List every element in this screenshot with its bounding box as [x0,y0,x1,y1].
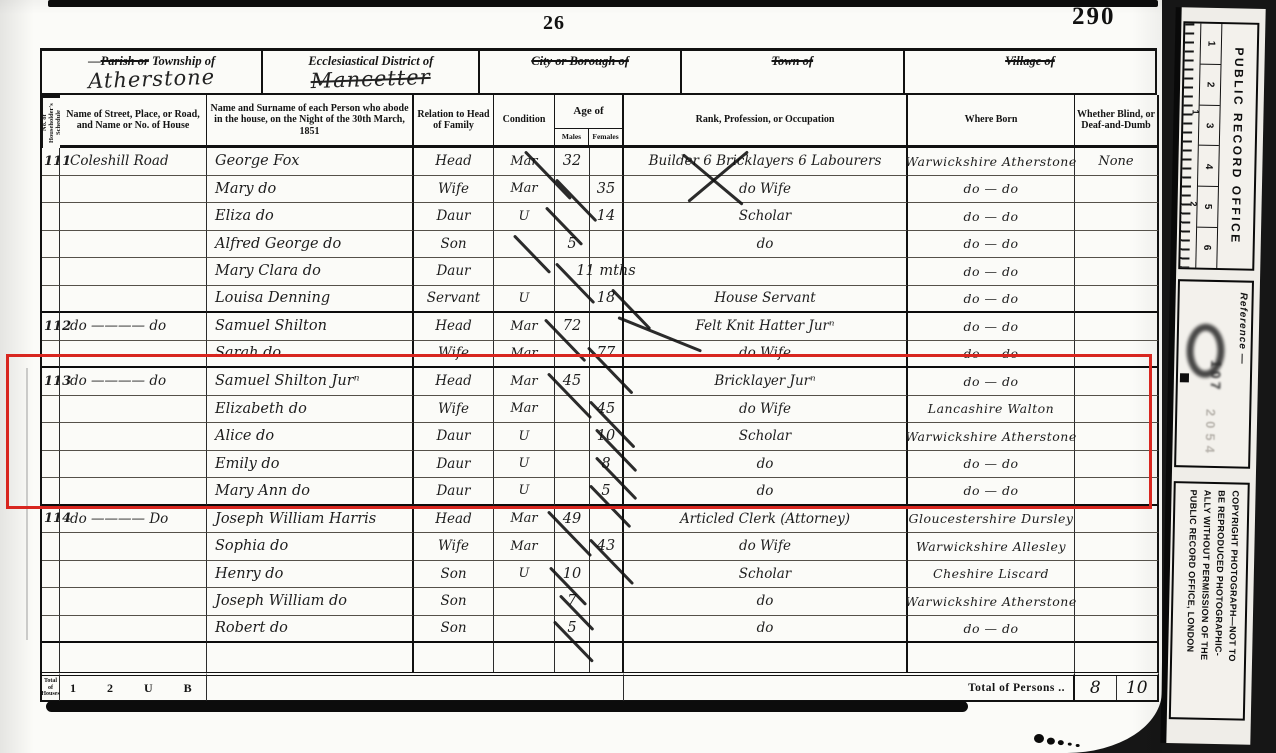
cell-schedule-number [42,258,60,286]
cell-age-male: 10 [555,561,590,589]
scan-edge-top [48,0,1158,7]
cell-person-name: Mary do [207,176,414,204]
cell-where-born: do — do [908,313,1075,341]
cell-schedule-number: 114 [42,506,60,534]
cell-blind-deaf [1075,258,1159,286]
ruler-cm-5: 5 [1197,187,1218,228]
town-label: Town of [682,54,903,69]
reference-stamp-number: 107 [1208,360,1225,393]
cell-where-born: do — do [908,176,1075,204]
cell-occupation: House Servant [624,286,908,314]
cell-where-born: Warwickshire Allesley [908,533,1075,561]
cell-schedule-number [42,203,60,231]
cell-occupation: Scholar [624,203,908,231]
cell-occupation [624,258,908,286]
cell-where-born: do — do [908,203,1075,231]
cell-where-born: Warwickshire Atherstone [908,588,1075,616]
cell-street [60,203,207,231]
cell-age-female [590,148,624,176]
cell-age-female [590,506,624,534]
ruler-box: 1 2 1 2 3 4 5 6 PUBLIC RECORD OFFICE [1178,21,1259,271]
ink-blot [1034,734,1044,744]
cell-relation: Wife [414,533,494,561]
cell-age-male: 49 [555,506,590,534]
ecclesiastical-district-section: Ecclesiastical District of Mancetter [263,51,480,93]
col-header-condition: Condition [494,95,555,148]
city-borough-label: City or Borough of [480,54,679,69]
cell-condition [494,588,555,616]
cell-street [60,176,207,204]
col-header-occupation: Rank, Profession, or Occupation [624,95,908,148]
ruler-inch-2: 2 [1189,201,1199,206]
cell-person-name: Sophia do [207,533,414,561]
total-persons-label: Total of Persons .. [624,672,1075,702]
cell-relation: Son [414,561,494,589]
col-header-name: Name and Surname of each Person who abod… [207,95,414,148]
cell-relation: Head [414,313,494,341]
cell-condition [494,258,555,286]
cell-relation: Son [414,231,494,259]
cell-age-female: 14 [590,203,624,231]
cell-blind-deaf [1075,176,1159,204]
ruler-cm-1: 1 [1201,24,1222,65]
ruler-cm-4: 4 [1198,146,1219,187]
cell-blind-deaf [1075,616,1159,644]
cell-age-female [590,588,624,616]
cell-street: do ———— Do [60,506,207,534]
ruler-inch-1: 1 [1190,109,1200,114]
cell-schedule-number [42,533,60,561]
cell-occupation: do [624,616,908,644]
cell-blind-deaf [1075,561,1159,589]
cell-person-name: Eliza do [207,203,414,231]
cell-occupation: do Wife [624,176,908,204]
cell-age-female [590,231,624,259]
district-header-band: —Parish or Township of Atherstone Eccles… [40,48,1157,95]
cell-occupation: Scholar [624,561,908,589]
cell-blind-deaf [1075,313,1159,341]
cell-relation: Daur [414,258,494,286]
cell-blind-deaf [1075,588,1159,616]
cell-where-born: Warwickshire Atherstone [908,148,1075,176]
cell-person-name: Henry do [207,561,414,589]
cell-street [60,561,207,589]
col-header-schedule: No. of Householder's Schedule [42,95,60,148]
cell-schedule-number [42,176,60,204]
village-section: Village of [905,51,1155,93]
cell-street [60,231,207,259]
cell-relation: Head [414,506,494,534]
col-header-born: Where Born [908,95,1075,148]
cell-blind-deaf: None [1075,148,1159,176]
cell-occupation: do [624,588,908,616]
public-record-office-tag: 1 2 1 2 3 4 5 6 PUBLIC RECORD OFFICE Ref… [1166,7,1265,745]
age-females-label: Females [589,129,622,145]
cell-age-female: 35 [590,176,624,204]
cell-condition [494,616,555,644]
col-header-relation: Relation to Head of Family [414,95,494,148]
cell-person-name: Louisa Denning [207,286,414,314]
cell-blind-deaf [1075,203,1159,231]
cell-condition: U [494,286,555,314]
cell-occupation: Builder 6 Bricklayers 6 Labourers [624,148,908,176]
cell-person-name: Robert do [207,616,414,644]
public-record-office-label: PUBLIC RECORD OFFICE [1217,24,1257,269]
cell-blind-deaf [1075,231,1159,259]
total-persons-males: 8 [1075,676,1117,700]
cell-relation: Daur [414,203,494,231]
ruler-cm-3: 3 [1199,105,1220,146]
cell-street: Coleshill Road [60,148,207,176]
cell-schedule-number: 111 [42,148,60,176]
cell-relation: Head [414,148,494,176]
total-persons-females: 10 [1117,676,1158,700]
cell-person-name: George Fox [207,148,414,176]
age-males-label: Males [555,129,589,145]
cell-age-female [590,616,624,644]
cell-where-born: Cheshire Liscard [908,561,1075,589]
cell-occupation: do Wife [624,533,908,561]
cell-street [60,616,207,644]
cell-relation: Wife [414,176,494,204]
cell-condition: Mar [494,533,555,561]
cell-person-name: Mary Clara do [207,258,414,286]
cell-blind-deaf [1075,506,1159,534]
copyright-notice: COPYRIGHT PHOTOGRAPH—NOT TO BE REPRODUCE… [1169,481,1250,721]
reference-box: Reference — 107 2054 [1174,279,1254,469]
cell-street [60,286,207,314]
town-section: Town of [682,51,905,93]
age-of-label: Age of [555,95,622,129]
cell-schedule-number [42,616,60,644]
cell-age-male [555,286,590,314]
cell-schedule-number [42,231,60,259]
cell-age-female: 11 mths [590,258,624,286]
total-houses-label: Total of Houses [42,672,60,702]
cell-age-male: 32 [555,148,590,176]
cell-schedule-number [42,588,60,616]
cell-condition: Mar [494,313,555,341]
cell-condition: Mar [494,506,555,534]
cell-where-born: do — do [908,616,1075,644]
highlight-box [6,354,1152,509]
folio-number-right: 290 [1072,3,1116,31]
cell-where-born: do — do [908,286,1075,314]
cell-relation: Servant [414,286,494,314]
cell-person-name: Alfred George do [207,231,414,259]
cell-street: do ———— do [60,313,207,341]
parish-section: —Parish or Township of Atherstone [42,51,263,93]
cell-blind-deaf [1075,533,1159,561]
scan-edge-bottom [46,701,968,712]
folio-number-left: 26 [543,12,565,35]
village-label: Village of [905,54,1155,69]
col-header-street: Name of Street, Place, or Road, and Name… [60,95,207,148]
cell-condition: U [494,561,555,589]
cell-street [60,588,207,616]
cell-blind-deaf [1075,286,1159,314]
cell-street [60,533,207,561]
stamp-square-mark [1180,373,1189,382]
city-borough-section: City or Borough of [480,51,681,93]
cell-occupation: do [624,231,908,259]
cell-relation: Son [414,616,494,644]
cell-person-name: Joseph William Harris [207,506,414,534]
cell-person-name: Samuel Shilton [207,313,414,341]
col-header-age: Age of Males Females [555,95,624,148]
ruler-cm-6: 6 [1196,228,1217,268]
col-header-blind: Whether Blind, or Deaf-and-Dumb [1075,95,1159,148]
cell-schedule-number [42,286,60,314]
cell-occupation: Articled Clerk (Attorney) [624,506,908,534]
cell-where-born: do — do [908,258,1075,286]
cell-schedule-number [42,561,60,589]
cell-condition: Mar [494,176,555,204]
cell-age-female [590,561,624,589]
cell-where-born: Gloucestershire Dursley [908,506,1075,534]
cell-person-name: Joseph William do [207,588,414,616]
cell-relation: Son [414,588,494,616]
faint-piece-number: 2054 [1202,409,1218,458]
census-page: 26 290 —Parish or Township of Atherstone… [0,0,1162,753]
cell-where-born: do — do [908,231,1075,259]
reference-label: Reference — [1236,292,1249,364]
ruler-cm-2: 2 [1200,64,1221,105]
census-scan-screen: 26 290 —Parish or Township of Atherstone… [0,0,1276,753]
cell-street [60,258,207,286]
total-houses-values: 1 2 U B [60,672,207,702]
cell-schedule-number: 112 [42,313,60,341]
